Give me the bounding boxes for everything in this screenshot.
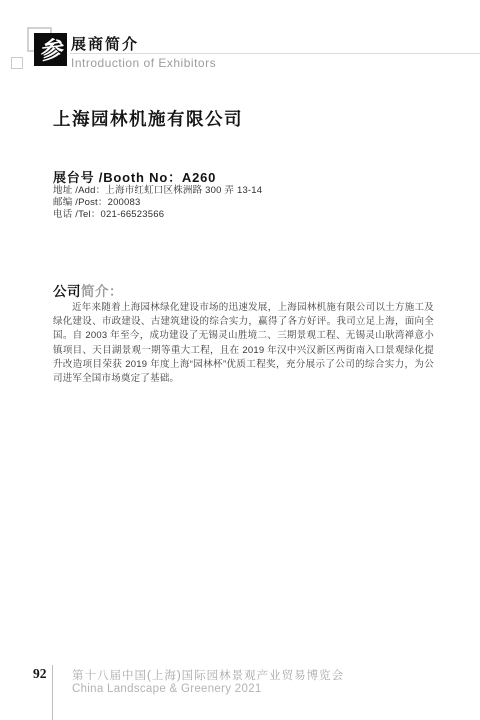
page-number: 92	[33, 666, 47, 682]
tel-value: 021-66523566	[101, 209, 165, 220]
tel-row: 电话 /Tel：021-66523566	[53, 209, 262, 221]
post-value: 200083	[108, 197, 141, 208]
contact-block: 地址 /Add：上海市红虹口区株洲路 300 弄 13-14 邮编 /Post：…	[53, 185, 262, 222]
decorative-checkbox-square	[11, 57, 23, 69]
footer-divider-line	[52, 665, 53, 720]
company-name: 上海园林机施有限公司	[53, 106, 243, 131]
profile-heading: 公司简介：	[53, 280, 123, 300]
document-page: 参 展商简介 Introduction of Exhibitors 上海园林机施…	[0, 0, 480, 720]
profile-body-paragraph: 近年来随着上海园林绿化建设市场的迅速发展，上海园林机施有限公司以土方施工及绿化建…	[53, 301, 434, 386]
section-title-zh: 展商简介	[71, 33, 139, 54]
address-label: 地址 /Add：	[53, 185, 105, 196]
profile-heading-secondary: 简介：	[81, 284, 123, 299]
seal-character: 参	[37, 31, 64, 67]
footer-event-title-en: China Landscape & Greenery 2021	[72, 683, 262, 695]
post-label: 邮编 /Post：	[53, 197, 108, 208]
address-value: 上海市红虹口区株洲路 300 弄 13-14	[105, 185, 262, 196]
profile-heading-primary: 公司	[53, 284, 81, 299]
footer-event-title-zh: 第十八届中国(上海)国际园林景观产业贸易博览会	[72, 667, 344, 683]
chapter-seal-icon: 参	[34, 33, 67, 66]
booth-label: 展台号 /Booth No：	[53, 170, 182, 185]
header-divider-line	[70, 53, 480, 54]
booth-number-row: 展台号 /Booth No：A260	[53, 167, 216, 186]
tel-label: 电话 /Tel：	[53, 209, 101, 220]
post-row: 邮编 /Post：200083	[53, 197, 262, 209]
section-title-en: Introduction of Exhibitors	[71, 56, 216, 70]
address-row: 地址 /Add：上海市红虹口区株洲路 300 弄 13-14	[53, 185, 262, 197]
booth-value: A260	[182, 170, 216, 185]
